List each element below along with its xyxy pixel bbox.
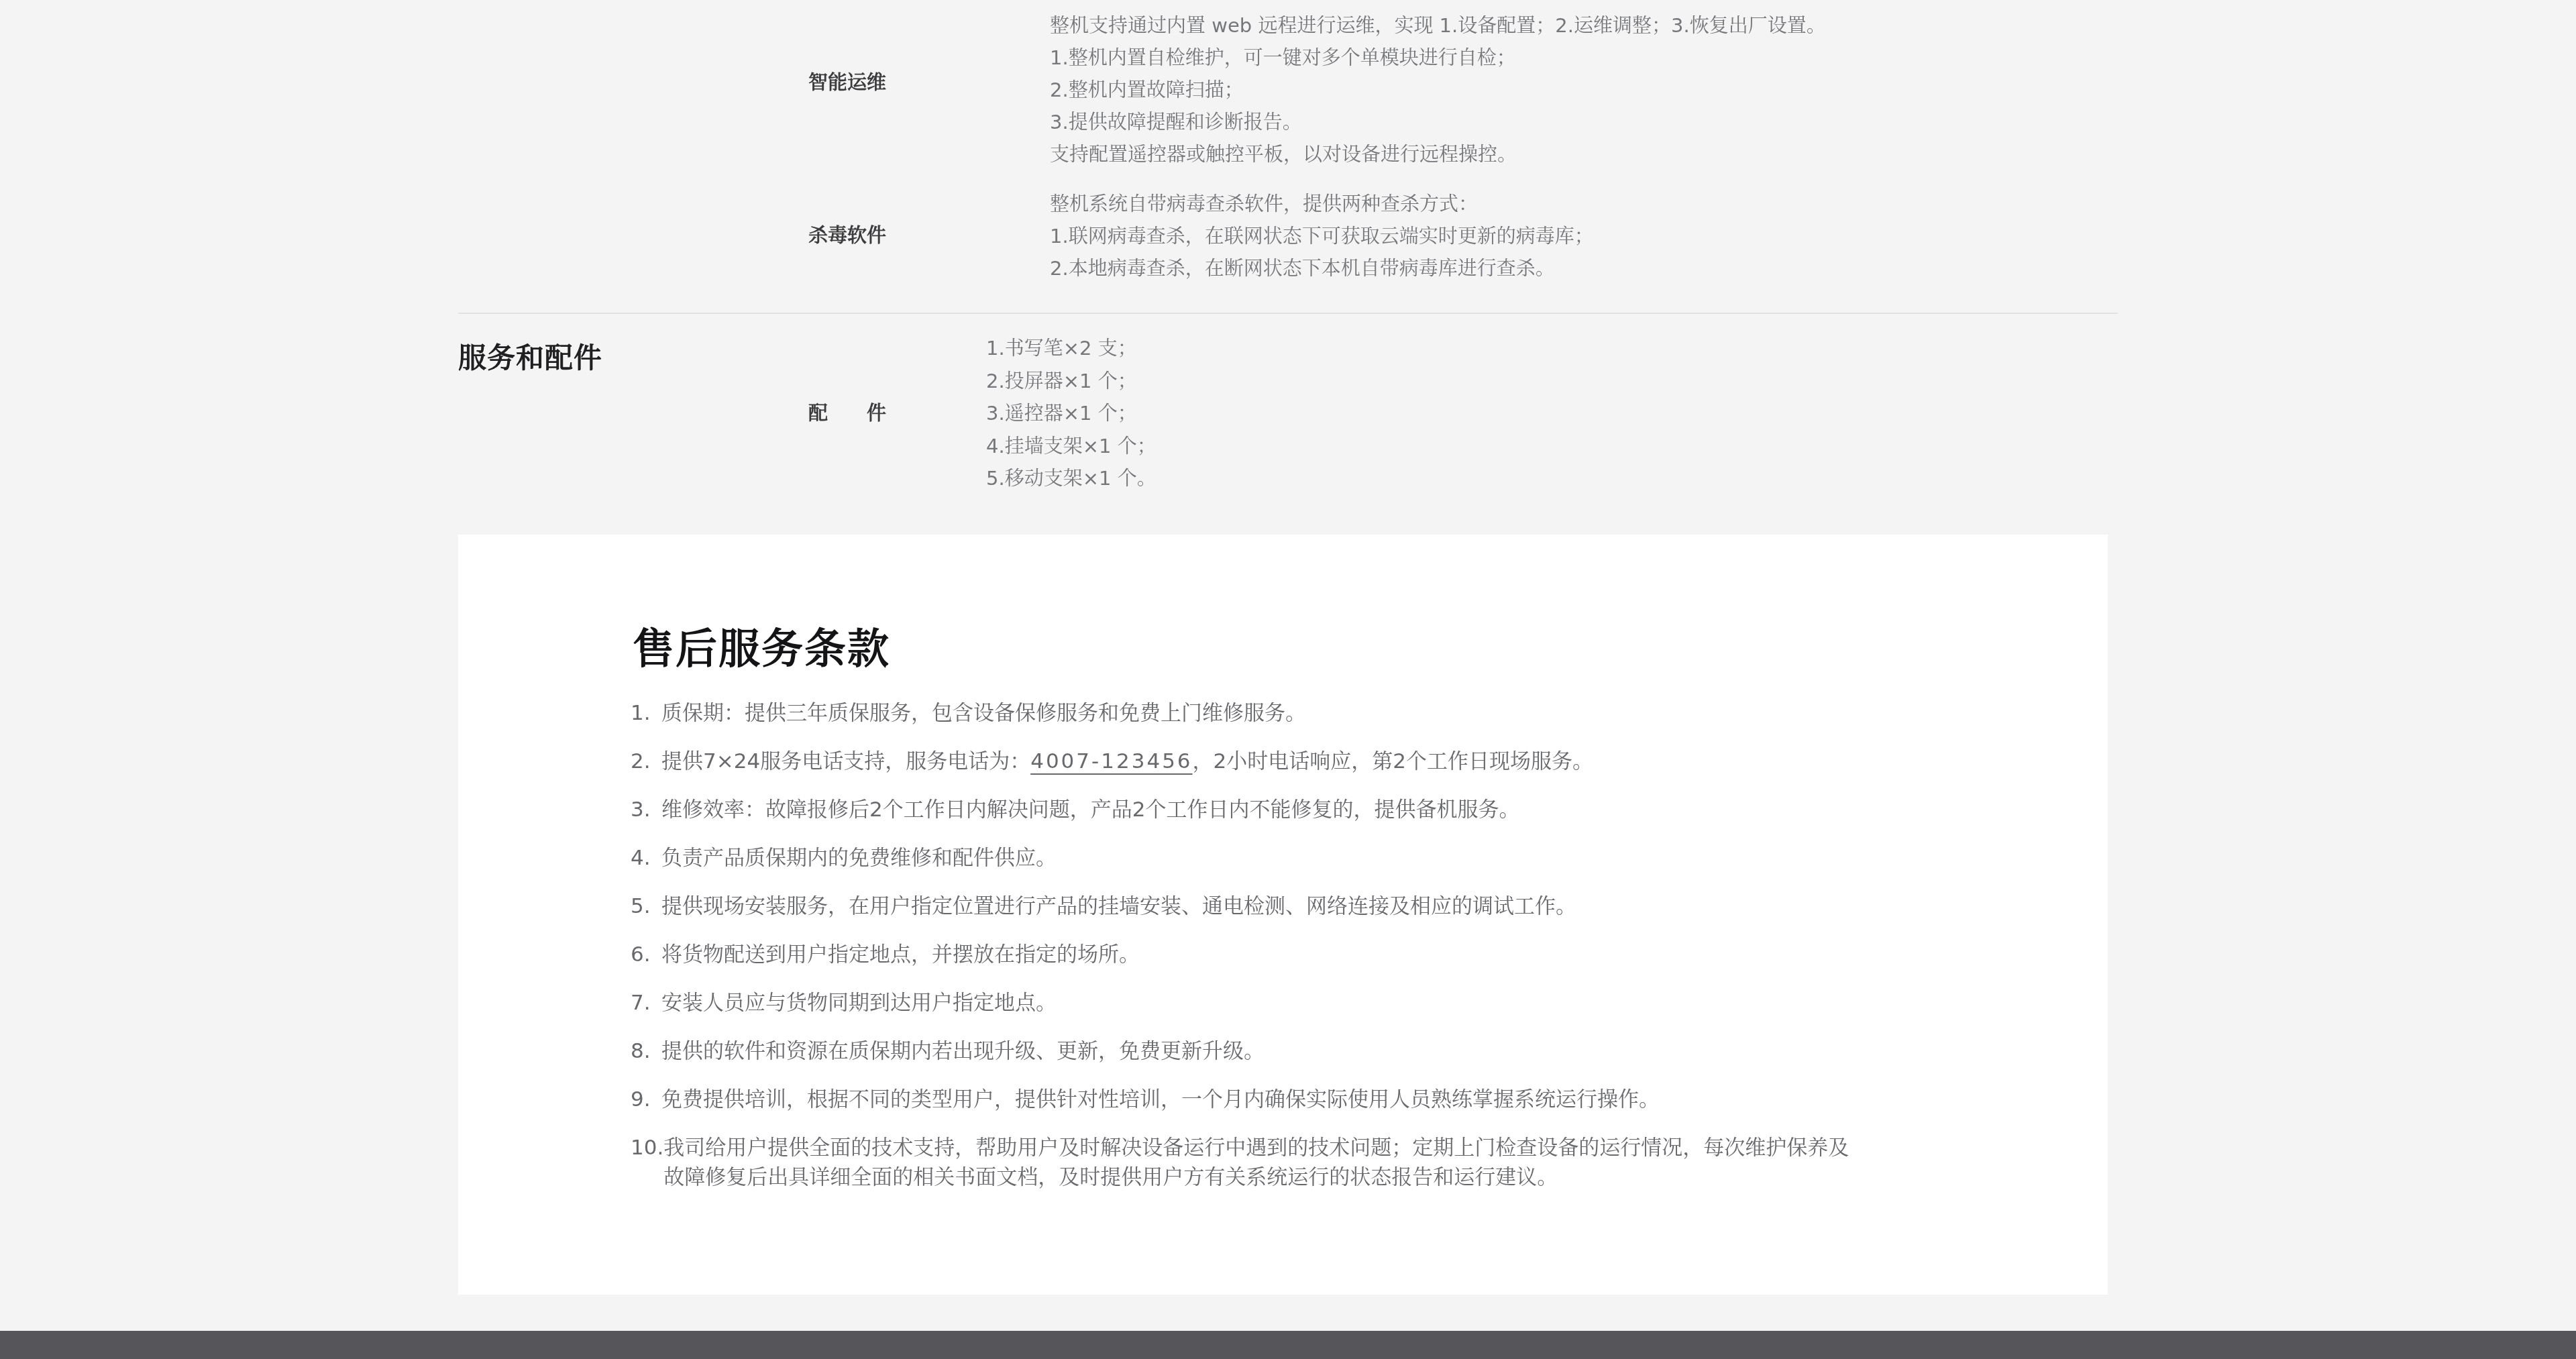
- term-number: 8.: [631, 1036, 661, 1066]
- term-item: 10.我司给用户提供全面的技术支持，帮助用户及时解决设备运行中遇到的技术问题；定…: [631, 1133, 1905, 1192]
- term-text: 提供的软件和资源在质保期内若出现升级、更新，免费更新升级。: [661, 1036, 1905, 1066]
- term-item: 3.维修效率：故障报修后2个工作日内解决问题，产品2个工作日内不能修复的，提供备…: [631, 795, 1905, 824]
- term-item: 5.提供现场安装服务，在用户指定位置进行产品的挂墙安装、通电检测、网络连接及相应…: [631, 891, 1905, 921]
- term-item: 9.免费提供培训，根据不同的类型用户，提供针对性培训，一个月内确保实际使用人员熟…: [631, 1085, 1905, 1114]
- term-number: 6.: [631, 940, 661, 969]
- term-text: 提供7×24服务电话支持，服务电话为：4007-123456，2小时电话响应，第…: [661, 747, 1905, 776]
- term-number: 2.: [631, 747, 661, 776]
- term-text: 安装人员应与货物同期到达用户指定地点。: [661, 988, 1905, 1018]
- section-divider: [458, 313, 2118, 314]
- term-text: 我司给用户提供全面的技术支持，帮助用户及时解决设备运行中遇到的技术问题；定期上门…: [663, 1133, 1905, 1192]
- spec-row-content-accessories: 1.书写笔×2 支；2.投屏器×1 个；3.遥控器×1 个；4.挂墙支架×1 个…: [986, 332, 1157, 495]
- spec-text-line: 1.书写笔×2 支；: [986, 332, 1157, 365]
- aftersale-terms-card: 售后服务条款 1.质保期：提供三年质保服务，包含设备保修服务和免费上门维修服务。…: [458, 535, 2108, 1295]
- term-number: 10.: [631, 1133, 663, 1192]
- section-title-services-accessories: 服务和配件: [458, 339, 602, 377]
- accessories-label-char: 配: [808, 397, 828, 429]
- spec-text-line: 支持配置遥控器或触控平板，以对设备进行远程操控。: [1050, 138, 1826, 170]
- term-number: 7.: [631, 988, 661, 1018]
- term-number: 4.: [631, 843, 661, 873]
- term-item: 6.将货物配送到用户指定地点，并摆放在指定的场所。: [631, 940, 1905, 969]
- spec-text-line: 整机系统自带病毒查杀软件，提供两种查杀方式：: [1050, 188, 1594, 220]
- spec-row-label-smart-ops: 智能运维: [808, 66, 887, 99]
- term-text: 维修效率：故障报修后2个工作日内解决问题，产品2个工作日内不能修复的，提供备机服…: [661, 795, 1905, 824]
- term-number: 9.: [631, 1085, 661, 1114]
- spec-text-line: 4.挂墙支架×1 个；: [986, 430, 1157, 463]
- term-item: 8.提供的软件和资源在质保期内若出现升级、更新，免费更新升级。: [631, 1036, 1905, 1066]
- spec-text-line: 3.提供故障提醒和诊断报告。: [1050, 106, 1826, 138]
- spec-row-label-accessories: 配 件: [808, 397, 886, 429]
- spec-text-line: 3.遥控器×1 个；: [986, 397, 1157, 430]
- term-number: 1.: [631, 698, 661, 728]
- spec-row-label-antivirus: 杀毒软件: [808, 219, 887, 252]
- term-text: 质保期：提供三年质保服务，包含设备保修服务和免费上门维修服务。: [661, 698, 1905, 728]
- term-text: 免费提供培训，根据不同的类型用户，提供针对性培训，一个月内确保实际使用人员熟练掌…: [661, 1085, 1905, 1114]
- term-item: 4.负责产品质保期内的免费维修和配件供应。: [631, 843, 1905, 873]
- spec-text-line: 整机支持通过内置 web 远程进行运维，实现 1.设备配置；2.运维调整；3.恢…: [1050, 9, 1826, 42]
- spec-text-line: 1.整机内置自检维护，可一键对多个单模块进行自检；: [1050, 42, 1826, 74]
- product-spec-page: 智能运维 整机支持通过内置 web 远程进行运维，实现 1.设备配置；2.运维调…: [0, 0, 2576, 1359]
- spec-text-line: 5.移动支架×1 个。: [986, 462, 1157, 495]
- aftersale-card-title: 售后服务条款: [633, 624, 890, 675]
- term-item: 1.质保期：提供三年质保服务，包含设备保修服务和免费上门维修服务。: [631, 698, 1905, 728]
- term-number: 3.: [631, 795, 661, 824]
- term-text: 负责产品质保期内的免费维修和配件供应。: [661, 843, 1905, 873]
- accessories-label-char: 件: [867, 397, 886, 429]
- spec-row-content-smart-ops: 整机支持通过内置 web 远程进行运维，实现 1.设备配置；2.运维调整；3.恢…: [1050, 9, 1826, 170]
- spec-row-content-antivirus: 整机系统自带病毒查杀软件，提供两种查杀方式：1.联网病毒查杀，在联网状态下可获取…: [1050, 188, 1594, 284]
- aftersale-terms-list: 1.质保期：提供三年质保服务，包含设备保修服务和免费上门维修服务。2.提供7×2…: [631, 698, 1905, 1211]
- spec-text-line: 1.联网病毒查杀，在联网状态下可获取云端实时更新的病毒库；: [1050, 220, 1594, 252]
- spec-text-line: 2.投屏器×1 个；: [986, 365, 1157, 398]
- footer-bar: [0, 1331, 2576, 1359]
- term-number: 5.: [631, 891, 661, 921]
- term-text: 将货物配送到用户指定地点，并摆放在指定的场所。: [661, 940, 1905, 969]
- spec-text-line: 2.本地病毒查杀，在断网状态下本机自带病毒库进行查杀。: [1050, 252, 1594, 284]
- term-text: 提供现场安装服务，在用户指定位置进行产品的挂墙安装、通电检测、网络连接及相应的调…: [661, 891, 1905, 921]
- phone-link[interactable]: 4007-123456: [1030, 749, 1192, 773]
- term-item: 7.安装人员应与货物同期到达用户指定地点。: [631, 988, 1905, 1018]
- term-item: 2.提供7×24服务电话支持，服务电话为：4007-123456，2小时电话响应…: [631, 747, 1905, 776]
- spec-text-line: 2.整机内置故障扫描；: [1050, 74, 1826, 106]
